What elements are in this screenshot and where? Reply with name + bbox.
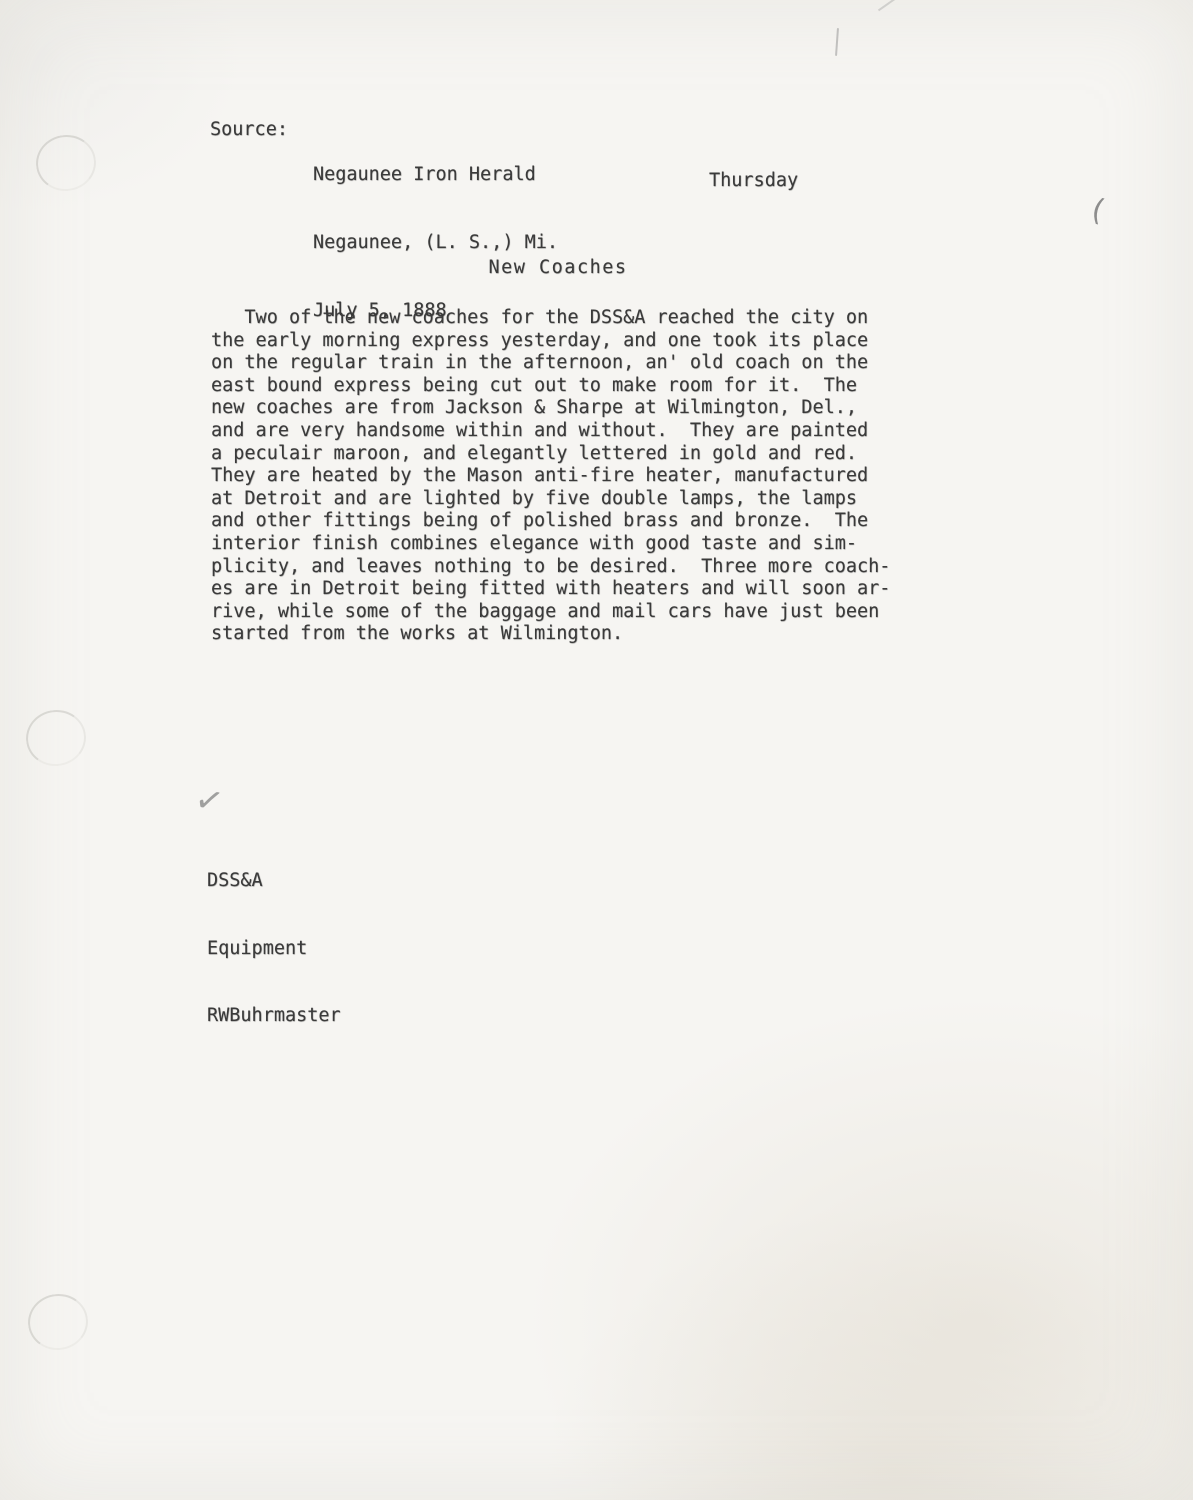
stray-pen-mark-top [835, 28, 839, 56]
source-publication: Negaunee Iron Herald [313, 164, 558, 187]
scan-scratch-mark [878, 0, 900, 11]
article-title: New Coaches [210, 257, 906, 280]
source-label: Source: [210, 119, 288, 142]
punch-hole-middle [22, 706, 89, 770]
punch-hole-bottom [24, 1290, 91, 1354]
handwritten-margin-mark: ( [1088, 193, 1108, 229]
checkmark-icon: ✓ [192, 781, 227, 820]
source-weekday: Thursday [709, 170, 798, 193]
filing-author: RWBuhrmaster [207, 1005, 341, 1028]
document-page: ( Source: Negaunee Iron Herald Negaunee,… [0, 0, 1193, 1500]
source-location: Negaunee, (L. S.,) Mi. [313, 232, 558, 255]
filing-category: Equipment [207, 938, 341, 961]
filing-block: ✓ DSS&A Equipment RWBuhrmaster [207, 802, 341, 1073]
article-body: Two of the new coaches for the DSS&A rea… [211, 307, 890, 646]
punch-hole-top [32, 131, 99, 195]
filing-railroad: DSS&A [207, 870, 341, 893]
